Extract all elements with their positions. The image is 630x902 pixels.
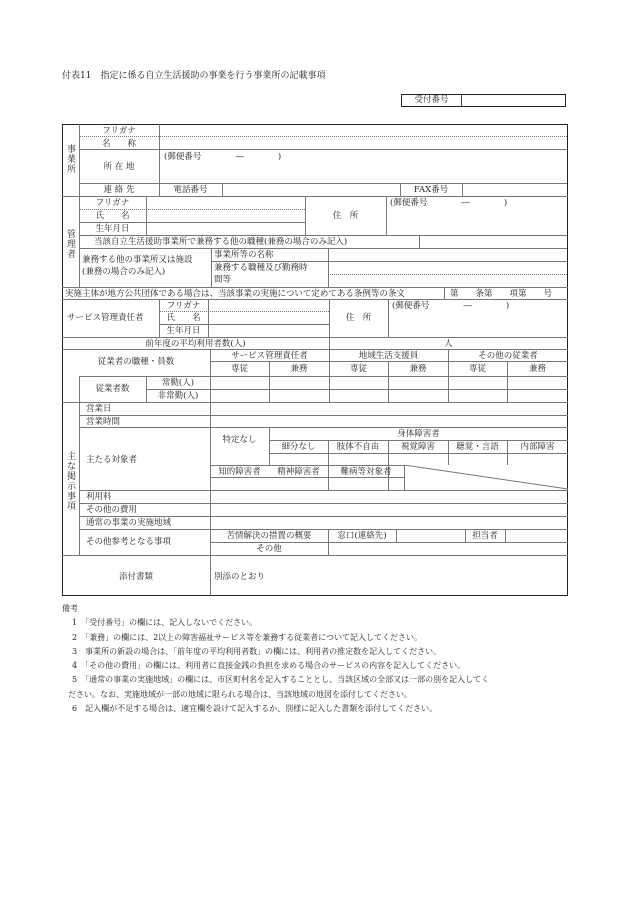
intractable-disease-label: 難病等対象者 xyxy=(328,468,404,477)
sub-concurrent: 兼務 xyxy=(269,365,329,374)
office-name-field[interactable] xyxy=(160,137,567,149)
manager-job-hours-field[interactable] xyxy=(329,262,567,286)
sub-dedicated: 専従 xyxy=(329,365,388,374)
office-phone-field[interactable] xyxy=(223,184,399,195)
fee-field[interactable] xyxy=(211,491,567,502)
office-fax-field[interactable] xyxy=(463,184,567,195)
physical-visual: 視覚障害 xyxy=(388,443,448,452)
other-reference-label: その他参考となる事項 xyxy=(86,538,171,547)
note-item-continued: ださい。なお、実施地域が一部の地域に限られる場合は、当該地域の地図を添付してくだ… xyxy=(62,688,489,702)
staff-count-fields[interactable] xyxy=(211,377,567,401)
manager-facility-name-field[interactable] xyxy=(329,249,567,260)
diagonal-strike-line xyxy=(404,465,568,491)
ordinance-label: 実施主体が地方公共団体である場合は、当該事業の実施について定めてある条例等の条文 xyxy=(65,290,405,299)
role-service-manager: サービス管理責任者 xyxy=(210,352,329,361)
sub-concurrent: 兼務 xyxy=(507,365,568,374)
business-hours-field[interactable] xyxy=(211,416,567,427)
manager-concurrent-job-label: 当該自立生活援助事業所で兼務する他の職種(兼務の場合のみ記入) xyxy=(94,238,347,247)
intellectual-label: 知的障害者 xyxy=(210,468,269,477)
manager-furigana-label: フリガナ xyxy=(79,199,146,208)
office-postal-code[interactable]: (郵便番号 ― ) xyxy=(164,153,281,162)
manager-other-facility-label: 兼務する他の事業所又は施設 xyxy=(82,256,193,265)
other-costs-label: その他の費用 xyxy=(86,506,137,515)
attachments-label: 添付書類 xyxy=(62,573,210,582)
service-manager-name-field[interactable] xyxy=(209,312,328,323)
person-in-charge-label: 担当者 xyxy=(465,532,505,541)
avg-users-label: 前年度の平均利用者数(人) xyxy=(62,340,329,349)
fee-label: 利用料 xyxy=(86,493,112,502)
note-item: 1 「受付番号」の欄には、記入しないでください。 xyxy=(62,616,489,630)
staff-count-label: 従業者数 xyxy=(79,385,146,394)
receipt-number-label: 受付番号 xyxy=(402,95,462,106)
parttime-label: 非常勤(人) xyxy=(146,392,210,401)
manager-name-label: 氏 名 xyxy=(79,212,146,221)
manager-name-field[interactable] xyxy=(147,210,304,221)
office-section-label: 事業所 xyxy=(67,145,76,175)
note-item: 5 「通常の事業の実施地域」の欄には、市区町村名を記入することとし、当該区域の全… xyxy=(62,673,489,687)
sub-dedicated: 専従 xyxy=(448,365,507,374)
physical-limb: 肢体不自由 xyxy=(328,443,388,452)
service-manager-furigana-label: フリガナ xyxy=(159,302,208,311)
business-days-label: 営業日 xyxy=(86,405,112,414)
physical-no-subdivision: 細分なし xyxy=(269,443,328,452)
target-checkbox-row-1[interactable] xyxy=(211,454,567,464)
office-name-label: 名 称 xyxy=(79,140,159,149)
office-contact-label: 連 絡 先 xyxy=(79,186,159,195)
office-furigana-field[interactable] xyxy=(160,125,567,136)
service-manager-birth-label: 生年月日 xyxy=(159,327,208,336)
service-manager-postal-code[interactable]: (郵便番号 ― ) xyxy=(392,302,509,311)
complaint-label: 苦情解決の措置の概要 xyxy=(210,532,328,541)
posting-section-label: 主な掲示事項 xyxy=(67,452,76,512)
manager-birth-label: 生年月日 xyxy=(79,225,146,234)
service-manager-birth-field[interactable] xyxy=(209,325,328,336)
service-area-field[interactable] xyxy=(211,517,567,528)
manager-other-facility-note: (兼務の場合のみ記入) xyxy=(82,268,165,277)
mental-label: 精神障害者 xyxy=(269,468,328,477)
manager-birth-field[interactable] xyxy=(147,223,304,234)
sub-concurrent: 兼務 xyxy=(388,365,448,374)
document-title: 付表11 指定に係る自立生活援助の事業を行う事業所の記載事項 xyxy=(62,68,325,81)
avg-users-field[interactable]: 人 xyxy=(329,340,568,349)
business-hours-label: 営業時間 xyxy=(86,418,120,427)
office-fax-label: FAX番号 xyxy=(400,186,462,195)
physical-internal: 内部障害 xyxy=(507,443,568,452)
physical-hearing-speech: 聴覚・言語 xyxy=(448,443,507,452)
role-other-staff: その他の従業者 xyxy=(448,352,568,361)
note-item: 3 事業所の新設の場合は、「前年度の平均利用者数」の欄には、利用者の推定数を記入… xyxy=(62,645,489,659)
notes-heading: 備考 xyxy=(62,602,489,616)
role-support-staff: 地域生活支援員 xyxy=(329,352,448,361)
receipt-number-box: 受付番号 xyxy=(401,94,566,107)
manager-furigana-field[interactable] xyxy=(147,197,304,208)
manager-job-hours-label: 兼務する職種及び勤務時 xyxy=(214,264,308,273)
window-label: 窓口(連絡先) xyxy=(328,532,396,541)
service-manager-label: サービス管理責任者 xyxy=(67,314,144,323)
fulltime-label: 常勤(人) xyxy=(146,379,210,388)
other-label: その他 xyxy=(210,545,328,554)
window-field[interactable] xyxy=(397,530,465,541)
unspecified-label: 特定なし xyxy=(210,436,269,445)
note-item: 4 「その他の費用」の欄には、利用者に直接金銭の負担を求める場合のサービスの内容… xyxy=(62,659,489,673)
target-checkbox-row-2[interactable] xyxy=(211,478,403,489)
receipt-number-field[interactable] xyxy=(462,95,565,106)
office-furigana-label: フリガナ xyxy=(79,127,159,136)
notes-section: 備考 1 「受付番号」の欄には、記入しないでください。 2 「兼務」の欄には、2… xyxy=(62,602,489,716)
service-manager-name-label: 氏 名 xyxy=(159,314,208,323)
office-address-label: 所 在 地 xyxy=(79,163,159,172)
manager-job-hours-label-2: 間等 xyxy=(214,276,231,285)
person-in-charge-field[interactable] xyxy=(506,530,567,541)
note-item: 2 「兼務」の欄には、2以上の障害福祉サービス等を兼務する従業者について記入して… xyxy=(62,631,489,645)
manager-concurrent-job-field[interactable] xyxy=(420,236,567,247)
service-manager-furigana-field[interactable] xyxy=(209,300,328,311)
ordinance-article-field[interactable]: 第 条第 項第 号 xyxy=(450,290,552,299)
staff-header-label: 従業者の職種・員数 xyxy=(62,358,210,367)
manager-postal-code[interactable]: (郵便番号 ― ) xyxy=(390,199,507,208)
physical-disability-label: 身体障害者 xyxy=(269,430,568,439)
other-costs-field[interactable] xyxy=(211,504,567,515)
target-users-label: 主たる対象者 xyxy=(86,456,137,465)
sub-dedicated: 専従 xyxy=(210,365,269,374)
business-days-field[interactable] xyxy=(211,403,567,414)
manager-address-label: 住 所 xyxy=(305,212,386,221)
manager-section-label: 管理者 xyxy=(67,230,76,260)
service-area-label: 通常の事業の実施地域 xyxy=(86,519,171,528)
service-manager-address-label: 住 所 xyxy=(329,314,388,323)
attachments-value: 別添のとおり xyxy=(214,573,265,582)
other-field[interactable] xyxy=(329,543,567,554)
manager-facility-name-label: 事業所等の名称 xyxy=(214,251,274,260)
office-phone-label: 電話番号 xyxy=(159,186,222,195)
note-item: 6 記入欄が不足する場合は、適宜欄を設けて記入するか、別様に記入した書類を添付し… xyxy=(62,702,489,716)
